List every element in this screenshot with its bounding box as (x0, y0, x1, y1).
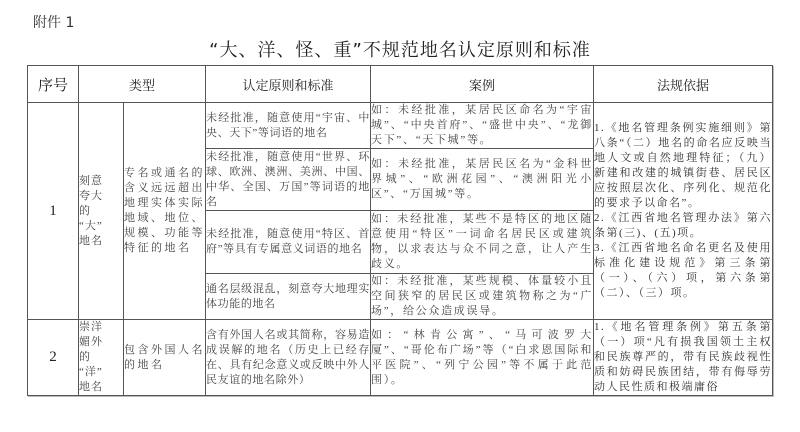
criteria-cell: 未经批准，随意使用“特区、首府”等具有专属意义词语的地名 (206, 211, 371, 274)
table-header-row: 序号 类型 认定原则和标准 案例 法规依据 (28, 66, 773, 103)
row-number: 2 (28, 320, 79, 396)
law-cell: 1.《地名管理条例》第五条第（一）项“凡有损我国领土主权和民族尊严的，带有民族歧… (594, 320, 773, 396)
header-cases: 案例 (371, 66, 594, 103)
law-item: 3.《江西省地名命名更名及使用标准化建设规范》第三条第（一）、（六）项，第六条第… (594, 241, 772, 301)
table-row: 2 崇洋 媚外 的 “洋” 地名 包含外国人名的地名 含有外国人名或其简称，容易… (28, 320, 773, 396)
criteria-cell: 含有外国人名或其简称，容易造成误解的地名（历史上已经存在、具有纪念意义或反映中外… (206, 320, 371, 396)
case-cell: 如：未经批准，某些不是特区的地区随意使用“特区”一词命名居民区或建筑物，以求表达… (371, 211, 594, 274)
header-criteria: 认定原则和标准 (206, 66, 371, 103)
category-cell: 刻意 夸大 的 “大” 地名 (79, 103, 124, 320)
standards-table: 序号 类型 认定原则和标准 案例 法规依据 1 刻意 夸大 的 “大” 地名 专… (27, 65, 773, 396)
case-cell: 如：未经批准，某居民区名为“金科世界城”、“欧洲花园”、“澳洲阳光小区”、“万国… (371, 149, 594, 211)
law-item: 2.《江西省地名管理办法》第六条第(三)、(五)项。 (594, 211, 772, 241)
case-cell: 如：“林肯公寓”、“马可波罗大厦”、“哥伦布广场”等（“白求恩国际和平医院”、“… (371, 320, 594, 396)
document-title: “大、洋、怪、重”不规范地名认定原则和标准 (0, 36, 800, 62)
law-item: 1.《地名管理条例实施细则》第八条“（二）地名的命名应反映当地人文或自然地理特征… (594, 121, 772, 211)
subtype-cell: 包含外国人名的地名 (124, 320, 206, 396)
table-row: 1 刻意 夸大 的 “大” 地名 专名或通名的含义远远超出地理实体实际地域、地位… (28, 103, 773, 149)
case-cell: 如：未经批准，某些规模、体量较小且空间狭窄的居民区或建筑物称之为“广场”，给公众… (371, 274, 594, 320)
law-cell: 1.《地名管理条例实施细则》第八条“（二）地名的命名应反映当地人文或自然地理特征… (594, 103, 773, 320)
law-item: 1.《地名管理条例》第五条第（一）项“凡有损我国领土主权和民族尊严的，带有民族歧… (594, 320, 772, 395)
header-no: 序号 (28, 66, 79, 103)
criteria-cell: 未经批准，随意使用“宇宙、中央、天下”等词语的地名 (206, 103, 371, 149)
subtype-cell: 专名或通名的含义远远超出地理实体实际地域、地位、规模、功能等特征的地名 (124, 103, 206, 320)
case-cell: 如：未经批准，某居民区命名为“宇宙城”、“中央首府”、“盛世中央”、“龙御天下”… (371, 103, 594, 149)
header-type: 类型 (79, 66, 206, 103)
criteria-cell: 通名层级混乱，刻意夸大地理实体功能的地名 (206, 274, 371, 320)
header-law: 法规依据 (594, 66, 773, 103)
category-cell: 崇洋 媚外 的 “洋” 地名 (79, 320, 124, 396)
criteria-cell: 未经批准，随意使用“世界、环球、欧洲、澳洲、美洲、中国、中华、全国、万国”等词语… (206, 149, 371, 211)
row-number: 1 (28, 103, 79, 320)
attachment-label: 附件 1 (33, 12, 74, 32)
